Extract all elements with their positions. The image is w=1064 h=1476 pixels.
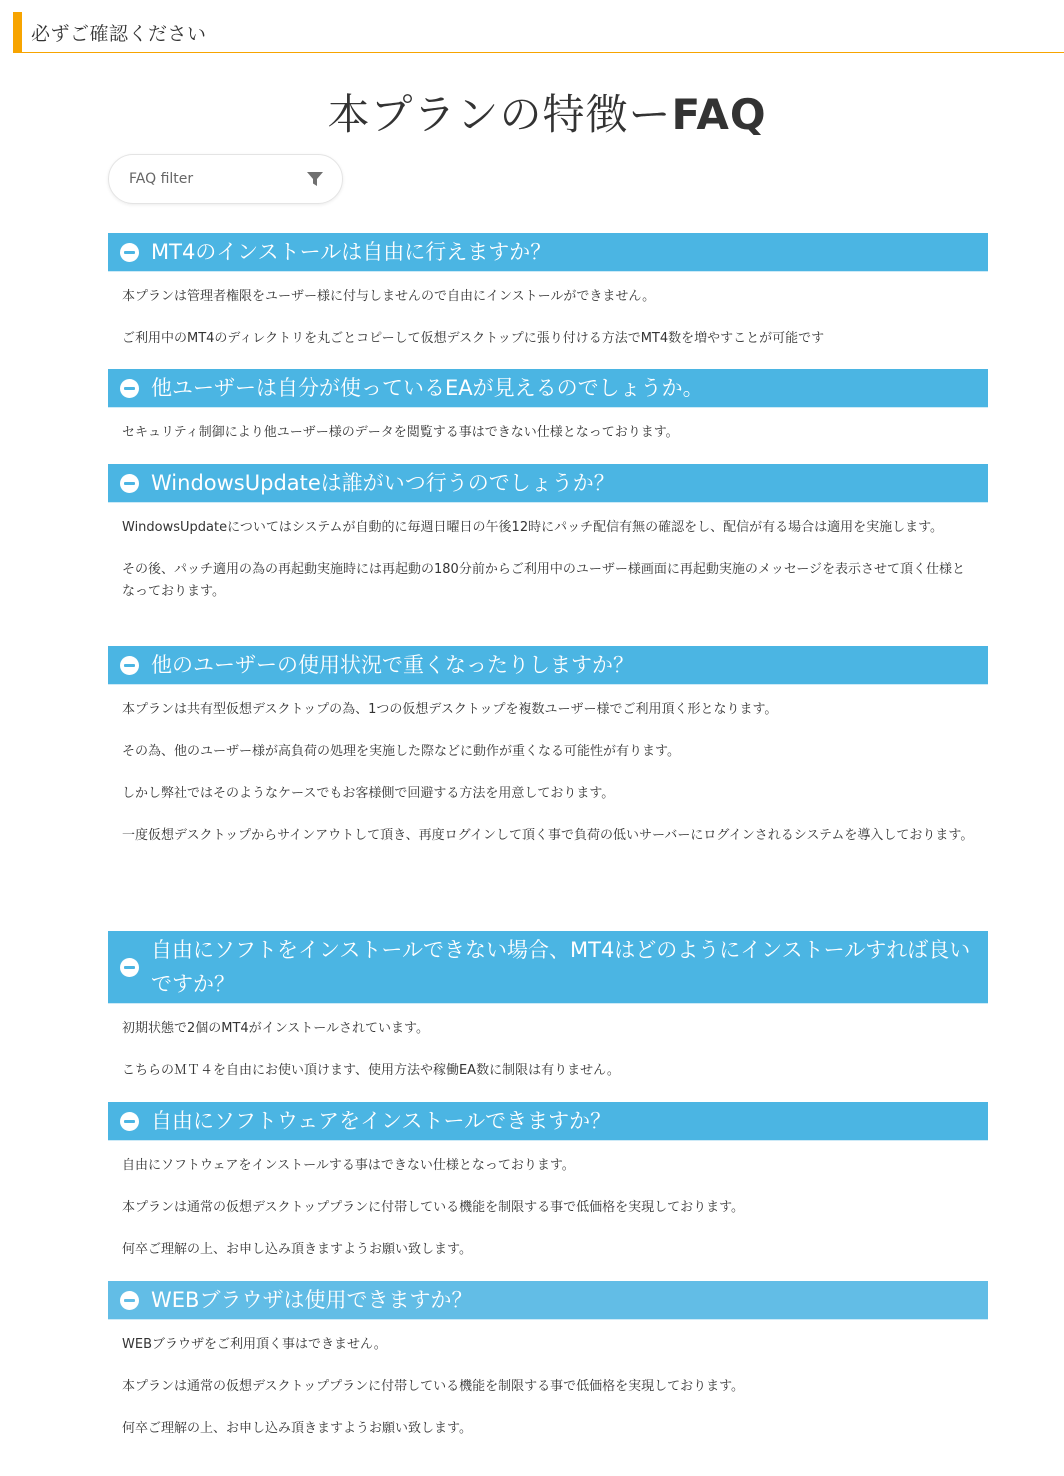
faq-answer-paragraph: WindowsUpdateについてはシステムが自動的に毎週日曜日の午後12時にパ…	[122, 517, 974, 539]
faq-answer-paragraph: ご利用中のMT4のディレクトリを丸ごとコピーして仮想デスクトップに張り付ける方法…	[122, 328, 974, 350]
faq-answer-paragraph: しかし弊社ではそのようなケースでもお客様側で回避する方法を用意しております。	[122, 783, 974, 805]
faq-question-toggle[interactable]: 他のユーザーの使用状況で重くなったりしますか？	[108, 646, 988, 685]
faq-item-ea-visibility: 他ユーザーは自分が使っているEAが見えるのでしょうか。 セキュリティ制御により他…	[108, 369, 988, 464]
minus-circle-icon[interactable]	[120, 474, 139, 493]
page-title: 本プランの特徴ーFAQ	[0, 82, 1064, 142]
faq-answer-paragraph: 一度仮想デスクトップからサインアウトして頂き、再度ログインして頂く事で負荷の低い…	[122, 825, 974, 847]
faq-question-text: 自由にソフトウェアをインストールできますか？	[151, 1104, 611, 1138]
faq-answer: セキュリティ制御により他ユーザー様のデータを閲覧する事はできない仕様となっており…	[108, 422, 988, 444]
faq-answer: WEBブラウザをご利用頂く事はできません。 本プランは通常の仮想デスクトッププラ…	[108, 1334, 988, 1440]
faq-question-text: WindowsUpdateは誰がいつ行うのでしょうか？	[151, 466, 615, 500]
faq-question-toggle[interactable]: 自由にソフトをインストールできない場合、MT4はどのようにインストールすれば良い…	[108, 931, 988, 1004]
faq-answer-paragraph: その後、パッチ適用の為の再起動実施時には再起動の180分前からご利用中のユーザー…	[122, 559, 974, 603]
minus-circle-icon[interactable]	[120, 656, 139, 675]
faq-item-web-browser: WEBブラウザは使用できますか？ WEBブラウザをご利用頂く事はできません。 本…	[108, 1281, 988, 1460]
faq-filter[interactable]	[108, 154, 343, 204]
faq-answer-paragraph: その為、他のユーザー様が高負荷の処理を実施した際などに動作が重くなる可能性が有り…	[122, 741, 974, 763]
faq-answer-paragraph: WEBブラウザをご利用頂く事はできません。	[122, 1334, 974, 1356]
faq-answer-paragraph: セキュリティ制御により他ユーザー様のデータを閲覧する事はできない仕様となっており…	[122, 422, 974, 444]
filter-icon[interactable]	[306, 170, 324, 188]
minus-circle-icon[interactable]	[120, 958, 139, 977]
faq-item-mt4-how-install: 自由にソフトをインストールできない場合、MT4はどのようにインストールすれば良い…	[108, 931, 988, 1102]
faq-answer-paragraph: 自由にソフトウェアをインストールする事はできない仕様となっております。	[122, 1155, 974, 1177]
faq-item-mt4-install: MT4のインストールは自由に行えますか？ 本プランは管理者権限をユーザー様に付与…	[108, 233, 988, 370]
faq-answer-paragraph: 本プランは通常の仮想デスクトッププランに付帯している機能を制限する事で低価格を実…	[122, 1197, 974, 1219]
minus-circle-icon[interactable]	[120, 1291, 139, 1310]
faq-answer-paragraph: 何卒ご理解の上、お申し込み頂きますようお願い致します。	[122, 1239, 974, 1261]
faq-question-text: MT4のインストールは自由に行えますか？	[151, 235, 551, 269]
faq-question-toggle[interactable]: MT4のインストールは自由に行えますか？	[108, 233, 988, 272]
faq-answer: WindowsUpdateについてはシステムが自動的に毎週日曜日の午後12時にパ…	[108, 517, 988, 603]
faq-question-text: WEBブラウザは使用できますか？	[151, 1283, 472, 1317]
faq-question-toggle[interactable]: 自由にソフトウェアをインストールできますか？	[108, 1102, 988, 1141]
faq-question-text: 自由にソフトをインストールできない場合、MT4はどのようにインストールすれば良い…	[151, 933, 974, 1001]
faq-answer: 本プランは管理者権限をユーザー様に付与しませんので自由にインストールができません…	[108, 286, 988, 350]
faq-answer-paragraph: 何卒ご理解の上、お申し込み頂きますようお願い致します。	[122, 1418, 974, 1440]
page-title-latin: FAQ	[671, 90, 766, 139]
faq-item-performance: 他のユーザーの使用状況で重くなったりしますか？ 本プランは共有型仮想デスクトップ…	[108, 646, 988, 867]
notice-bar: 必ずご確認ください	[13, 12, 1064, 53]
faq-answer-paragraph: こちらのＭＴ４を自由にお使い頂けます、使用方法や稼働EA数に制限は有りません。	[122, 1060, 974, 1082]
faq-item-windows-update: WindowsUpdateは誰がいつ行うのでしょうか？ WindowsUpdat…	[108, 464, 988, 623]
faq-question-text: 他のユーザーの使用状況で重くなったりしますか？	[151, 648, 634, 682]
faq-answer-paragraph: 初期状態で2個のMT4がインストールされています。	[122, 1018, 974, 1040]
faq-answer-paragraph: 本プランは管理者権限をユーザー様に付与しませんので自由にインストールができません…	[122, 286, 974, 308]
faq-filter-input[interactable]	[129, 171, 306, 187]
page-title-jp: 本プランの特徴ー	[327, 90, 671, 139]
minus-circle-icon[interactable]	[120, 379, 139, 398]
notice-label: 必ずご確認ください	[31, 19, 207, 46]
minus-circle-icon[interactable]	[120, 243, 139, 262]
faq-question-text: 他ユーザーは自分が使っているEAが見えるのでしょうか。	[151, 371, 704, 405]
faq-question-toggle[interactable]: WindowsUpdateは誰がいつ行うのでしょうか？	[108, 464, 988, 503]
faq-answer: 本プランは共有型仮想デスクトップの為、1つの仮想デスクトップを複数ユーザー様でご…	[108, 699, 988, 847]
faq-answer: 初期状態で2個のMT4がインストールされています。 こちらのＭＴ４を自由にお使い…	[108, 1018, 988, 1082]
faq-answer-paragraph: 本プランは通常の仮想デスクトッププランに付帯している機能を制限する事で低価格を実…	[122, 1376, 974, 1398]
faq-answer: 自由にソフトウェアをインストールする事はできない仕様となっております。 本プラン…	[108, 1155, 988, 1261]
faq-question-toggle[interactable]: 他ユーザーは自分が使っているEAが見えるのでしょうか。	[108, 369, 988, 408]
faq-question-toggle[interactable]: WEBブラウザは使用できますか？	[108, 1281, 988, 1320]
faq-item-software-install: 自由にソフトウェアをインストールできますか？ 自由にソフトウェアをインストールす…	[108, 1102, 988, 1281]
minus-circle-icon[interactable]	[120, 1112, 139, 1131]
faq-answer-paragraph: 本プランは共有型仮想デスクトップの為、1つの仮想デスクトップを複数ユーザー様でご…	[122, 699, 974, 721]
